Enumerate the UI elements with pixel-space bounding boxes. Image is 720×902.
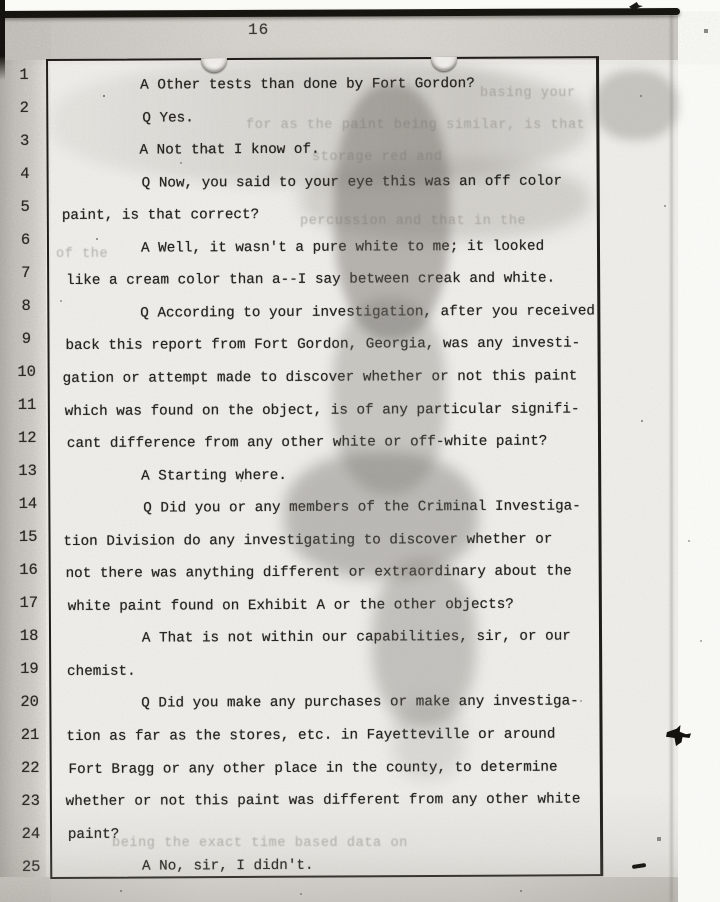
- transcript-line: A Not that I know of.: [139, 142, 319, 159]
- transcript-line: tion Division do any investigating to di…: [63, 531, 552, 549]
- transcript-line: white paint found on Exhibit A or the ot…: [68, 597, 514, 615]
- transcript-line: chemist.: [67, 664, 136, 680]
- transcript-line: gation or attempt made to discover wheth…: [63, 368, 578, 387]
- transcript-line: A Well, it wasn't a pure white to me; it…: [141, 238, 544, 256]
- transcript-line: Q According to your investigation, after…: [140, 303, 595, 321]
- transcript-line: not there was anything different or extr…: [66, 564, 572, 582]
- transcript-line: paint, is that correct?: [62, 207, 259, 224]
- transcript-line: A No, sir, I didn't.: [142, 858, 314, 875]
- transcript-line: tion as far as the stores, etc. in Fayet…: [66, 727, 555, 745]
- dust-specks: [0, 0, 2, 2]
- transcript-line: like a cream color than a--I say between…: [66, 271, 555, 289]
- transcript-line: Q Yes.: [142, 110, 194, 126]
- scanned-transcript-page: basing yourfor as the paint being simila…: [0, 0, 720, 902]
- scan-left-dark-edge: [0, 0, 5, 80]
- transcript-line: Q Did you or any members of the Criminal…: [143, 499, 581, 517]
- page-crease-line: [670, 0, 673, 902]
- transcript-line: A Starting where.: [141, 468, 287, 485]
- transcript-line: A That is not within our capabilities, s…: [142, 629, 571, 647]
- transcript-line: whether or not this paint was different …: [66, 792, 581, 811]
- transcript-line: A Other tests than done by Fort Gordon?: [140, 76, 475, 94]
- transcript-line: which was found on the object, is of any…: [65, 401, 580, 420]
- transcript-line: back this report from Fort Gordon, Georg…: [65, 336, 580, 355]
- page-number: 16: [248, 21, 269, 39]
- transcript-line: Q Now, you said to your eye this was an …: [142, 173, 562, 191]
- transcript-line: paint?: [68, 826, 120, 842]
- transcript-line: cant difference from any other white or …: [67, 434, 548, 452]
- transcript-line: Fort Bragg or any other place in the cou…: [68, 759, 557, 777]
- transcript-line: Q Did you make any purchases or make any…: [141, 694, 579, 712]
- transcript-text-layer: A Other tests than done by Fort Gordon?Q…: [0, 0, 720, 902]
